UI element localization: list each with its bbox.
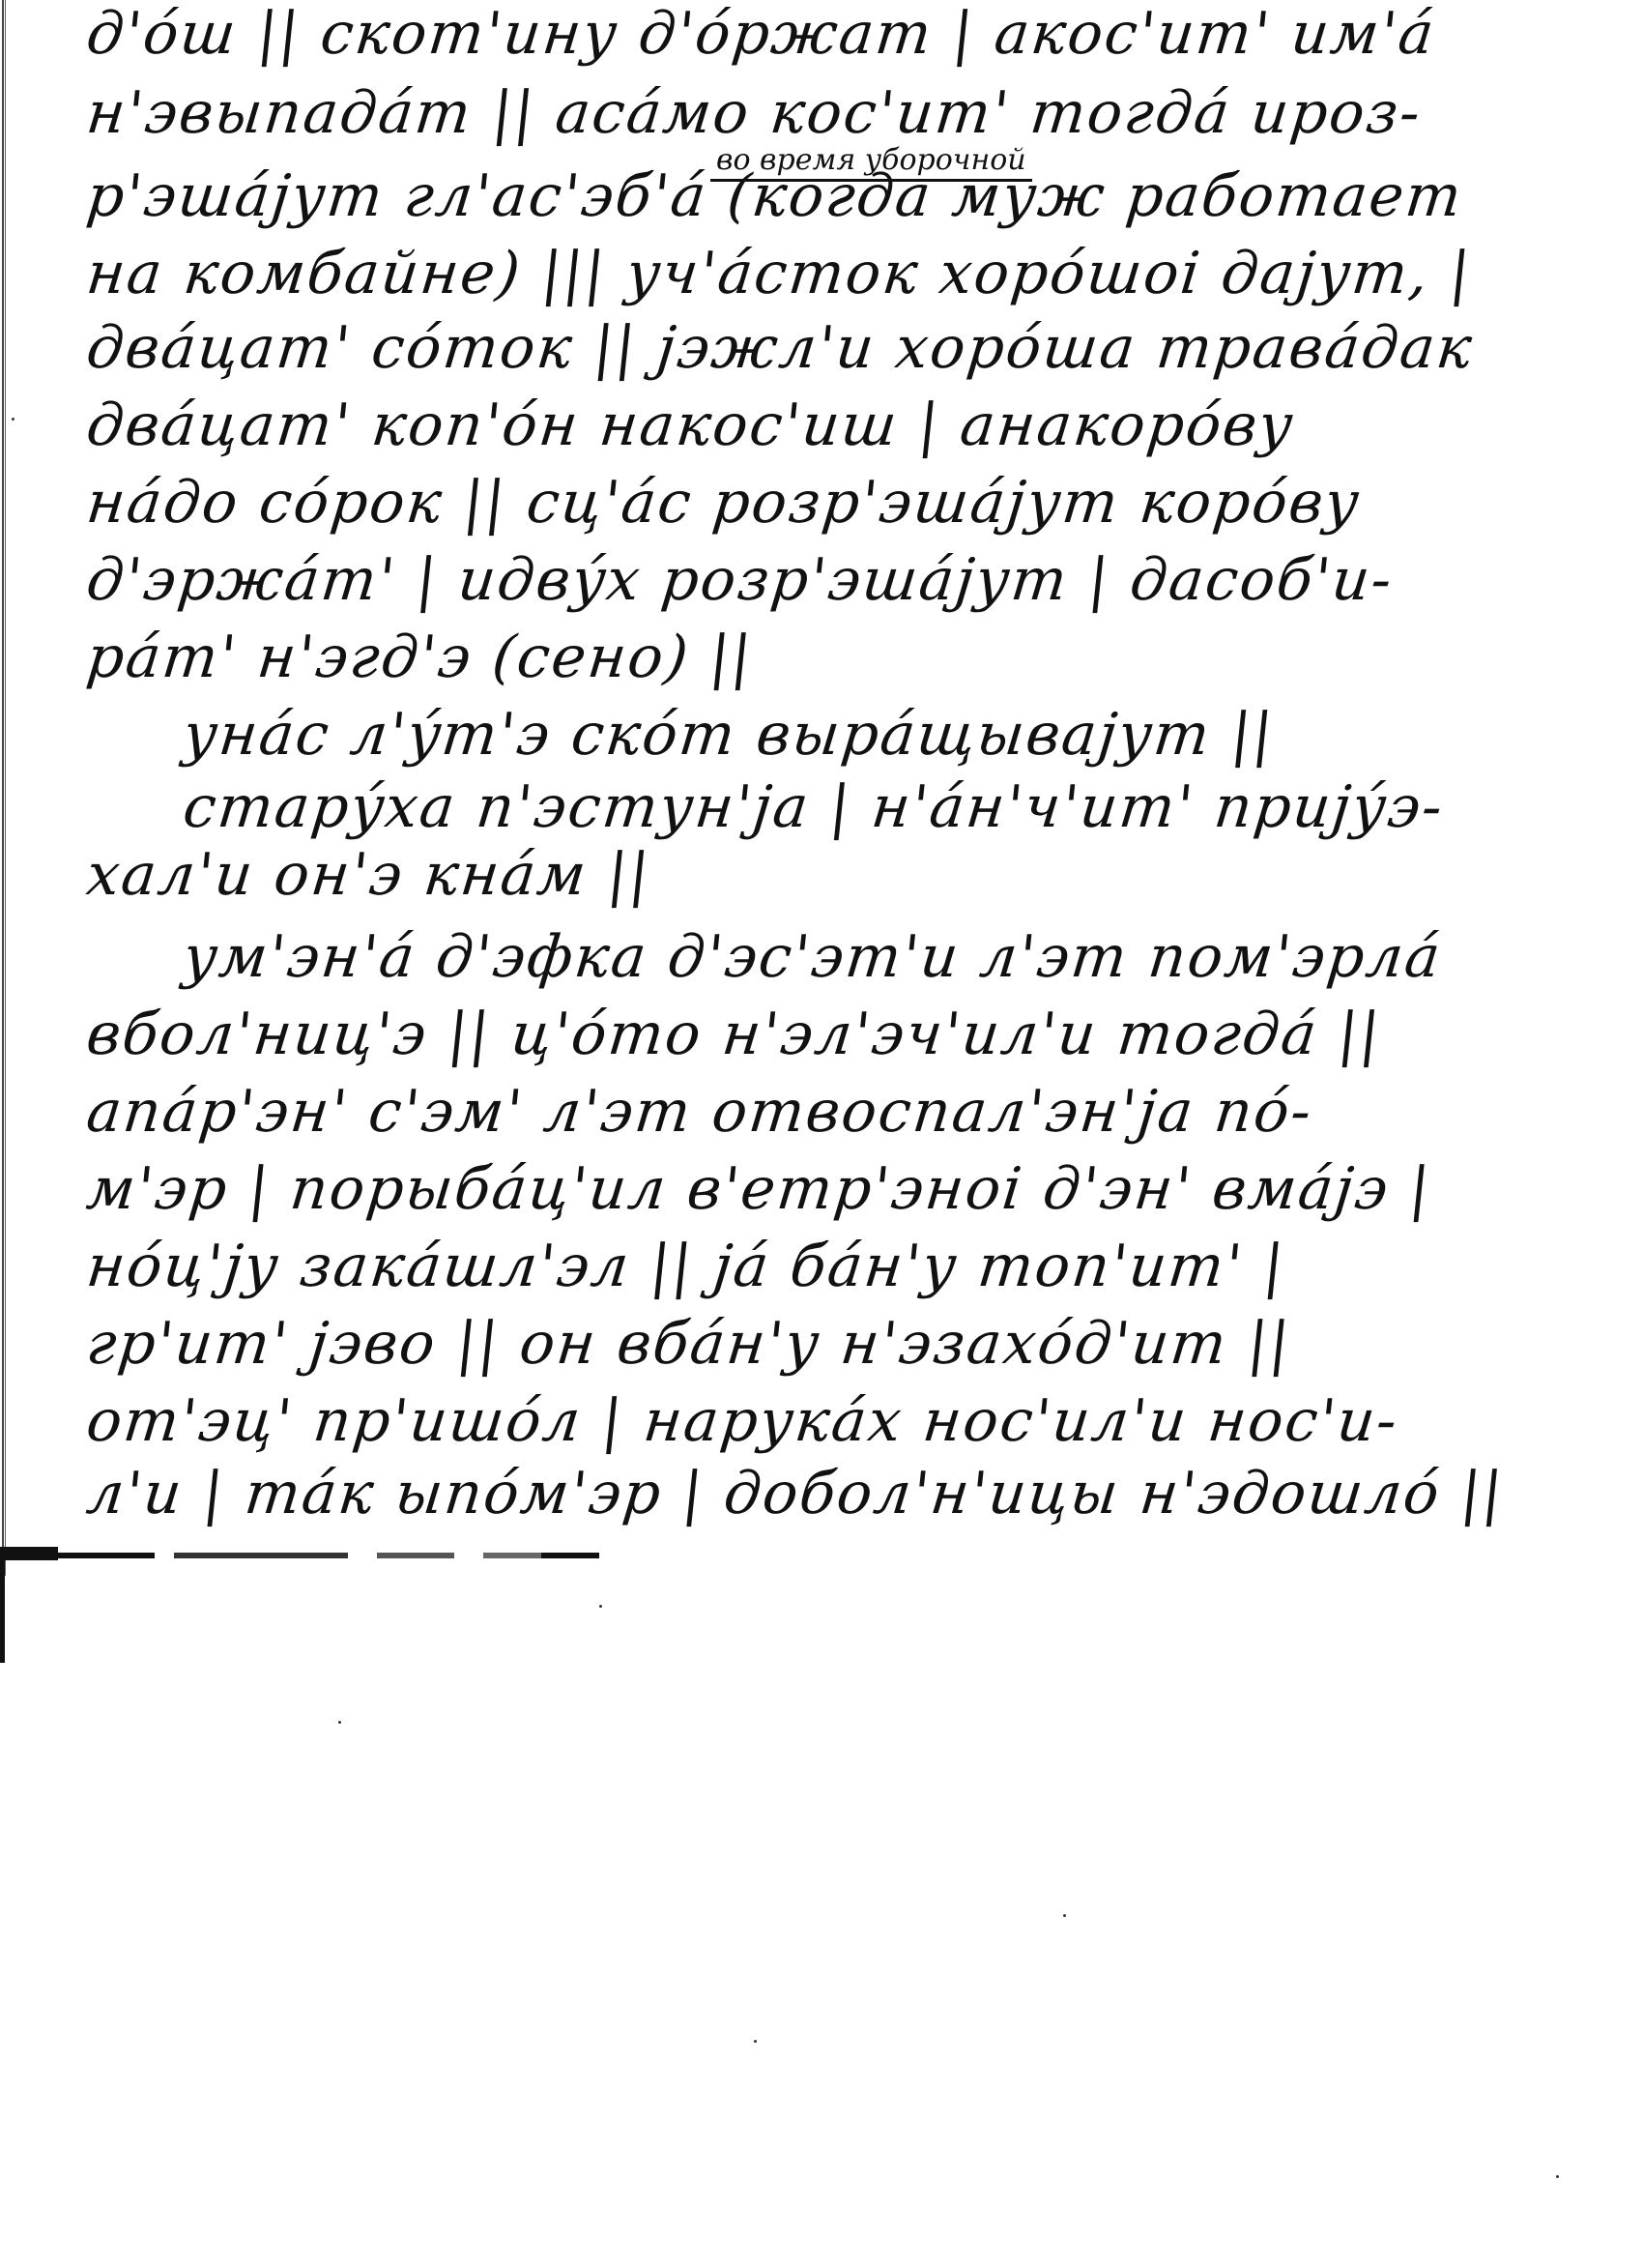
text-line-9: рáт' н'эгд'э (сено) || (83, 624, 756, 691)
scan-speck (1556, 2175, 1559, 2178)
page-binding-edge-lower (0, 1556, 5, 1663)
text-line-15: апáр'эн' с'эм' л'эт отвоспал'эн'ја пó- (83, 1078, 1315, 1146)
text-line-6: двáцат' коп'óн накос'иш | анакорóву (83, 392, 1297, 459)
text-line-8: д'эржáт' | идвýх розр'эшáјут | дасоб'и- (83, 546, 1397, 614)
horizontal-scan-line (0, 1553, 599, 1558)
text-line-12: хал'и он'э кнáм || (83, 841, 654, 909)
text-line-18: гр'ит' јэво || он вбáн'у н'эзахóд'ит || (83, 1310, 1294, 1378)
text-line-16: м'эр | порыбáц'ил в'етр'эноі д'эн' вмáјэ… (83, 1155, 1434, 1223)
scan-speck (754, 2040, 757, 2043)
scan-speck (599, 1605, 602, 1608)
text-line-19: от'эц' пр'ишóл | нарукáх нос'ил'и нос'и- (83, 1387, 1401, 1455)
text-line-14: вбол'ниц'э || ц'óто н'эл'эч'ил'и тогдá |… (83, 1001, 1384, 1068)
page-binding-edge (2, 0, 7, 1576)
text-line-2: н'эвыпадáт || асáмо кос'ит' тогдá ироз- (83, 79, 1425, 147)
scan-speck (338, 1721, 341, 1724)
text-line-3: р'эшáјут гл'ас'эб'á (когда муж работает (83, 162, 1466, 230)
document-page: д'óш || скот'ину д'óржат | акос'ит' им'á… (0, 0, 1643, 2268)
text-line-17: нóц'ју закáшл'эл || јá бáн'у топ'ит' | (83, 1233, 1288, 1300)
text-line-4: на комбайне) ||| уч'áсток хорóшоі дајут,… (83, 240, 1475, 307)
scan-speck (12, 418, 14, 421)
text-line-13: ум'эн'á д'эфка д'эс'эт'и л'эт пом'эрлá (180, 923, 1445, 991)
text-line-7: нáдо сóрок || сц'áс розр'эшáјут корóву (83, 469, 1364, 537)
text-line-5: двáцат' сóток || јэжл'и хорóша травáдак (83, 314, 1477, 382)
text-line-1: д'óш || скот'ину д'óржат | акос'ит' им'á (83, 0, 1438, 68)
scan-speck (1063, 1914, 1066, 1917)
text-line-11: старýха п'эстун'ја | н'áн'ч'ит' прију́э- (180, 773, 1447, 841)
text-line-10: унáс л'ýт'э скóт вырáщывајут || (180, 701, 1278, 769)
text-line-20: л'и | тáк ыпóм'эр | добол'н'ицы н'эдошлó… (83, 1460, 1507, 1527)
